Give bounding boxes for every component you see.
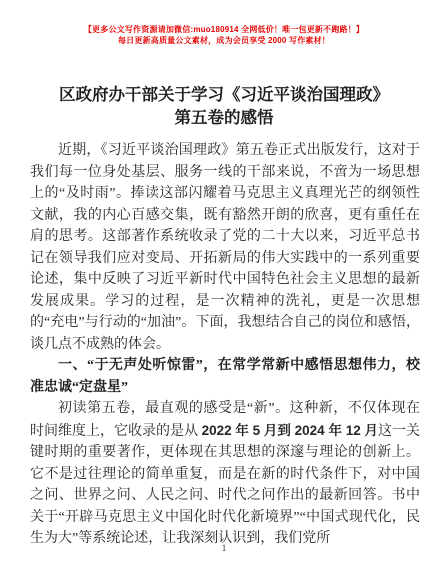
document-body: 近期，《习近平谈治国理政》第五卷正式出版发行，这对于我们每一位身处基层、服务一线…: [30, 140, 420, 550]
document-title-line-1: 区政府办干部关于学习《习近平谈治国理政》: [59, 85, 389, 104]
page-number: 1: [0, 544, 448, 554]
document-title: 区政府办干部关于学习《习近平谈治国理政》 第五卷的感悟: [20, 83, 428, 129]
header-ad-line-2: 每日更新高质量公文素材，成为会员享受 2000 写作素材！: [0, 35, 448, 46]
document-title-line-2: 第五卷的感悟: [175, 108, 274, 127]
section-1-paragraph: 初读第五卷，最直观的感受是“新”。这种新，不仅体现在时间维度上，它收录的是从 2…: [30, 398, 420, 550]
intro-paragraph: 近期，《习近平谈治国理政》第五卷正式出版发行，这对于我们每一位身处基层、服务一线…: [30, 140, 420, 355]
header-ad-block: 【更多公文写作资源请加微信:muo180914 全网低价！唯一包更新不跑路！】 …: [0, 24, 448, 46]
section-1-heading: 一、“于无声处听惊雷”，在常学常新中感悟思想伟力，校准忠诚“定盘星”: [30, 355, 420, 398]
header-ad-line-1: 【更多公文写作资源请加微信:muo180914 全网低价！唯一包更新不跑路！】: [0, 24, 448, 35]
section-1-text-post: 这一关键时期的重要著作，更体现在其思想的深邃与理论的创新上。它不是过往理论的简单…: [30, 424, 420, 547]
section-1-date-range-bold: 2022 年 5 月到 2024 年 12 月: [202, 423, 378, 438]
document-page: 【更多公文写作资源请加微信:muo180914 全网低价！唯一包更新不跑路！】 …: [0, 0, 448, 580]
